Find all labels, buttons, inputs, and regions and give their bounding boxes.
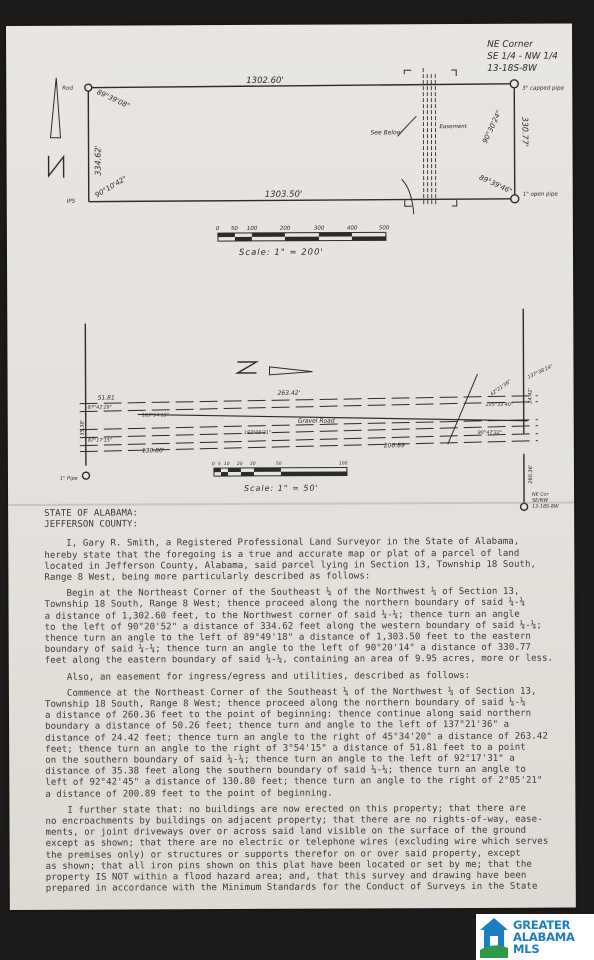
lower-angle-lower-mid: 182°05'21": [244, 430, 271, 436]
survey-certification-text: STATE OF ALABAMA: JEFFERSON COUNTY: I, G…: [44, 507, 566, 901]
survey-plat-drawing: NE Corner SE 1/4 - NW 1/4 13-18S-8W 1302…: [6, 24, 574, 516]
north-boundary-distance: 1302.60': [246, 76, 284, 86]
west-boundary-distance: 334.62': [94, 145, 103, 175]
svg-text:5: 5: [218, 461, 221, 467]
lower-scale-ticks: 0 5 10 20 30 50 100: [212, 461, 348, 468]
se-pin-label: 1" open pipe: [523, 192, 559, 198]
svg-text:500: 500: [379, 225, 390, 231]
lower-angle-right-w: 90°47'32": [478, 430, 502, 436]
gravel-road-label: Gravel Road: [298, 418, 335, 425]
see-below-label: See Below: [370, 129, 401, 136]
lower-angle-left-upper: 87°42'29": [88, 405, 112, 411]
ne-angle: 90°30'24": [481, 109, 503, 144]
lower-angle-right-low: 42°21'36": [489, 379, 512, 398]
house-icon: [479, 916, 509, 958]
lower-dist-51-81: 51.81: [98, 395, 115, 402]
paragraph-5: I further state that: no buildings are n…: [45, 803, 565, 895]
east-boundary-distance: 330.77': [520, 117, 529, 147]
sw-pin-label: IPS: [67, 199, 76, 205]
lower-angle-right-mid: 225°33'40": [486, 402, 513, 408]
ne-corner-label-3: 13-18S-8W: [487, 64, 538, 74]
svg-text:100: 100: [339, 461, 348, 467]
svg-text:300: 300: [314, 226, 325, 232]
lower-ne-cor-1: NE Cor: [532, 492, 549, 498]
greater-alabama-mls-logo: GREATER ALABAMA MLS: [476, 914, 594, 960]
ne-corner-label-2: SE 1/4 - NW 1/4: [487, 52, 558, 62]
paragraph-3: Also, an easement for ingress/egress and…: [45, 670, 565, 683]
jurisdiction-heading: STATE OF ALABAMA: JEFFERSON COUNTY:: [44, 507, 564, 532]
se-angle: 89°39'46": [478, 173, 513, 195]
nw-angle: 89°39'08": [95, 88, 130, 110]
lower-angle-left-lower: 87°17'15": [88, 438, 112, 444]
lower-dist-263-42: 263.42': [278, 390, 301, 397]
lower-right-distance-lower: 260.36': [528, 465, 534, 484]
ne-corner-label-1: NE Corner: [487, 40, 534, 50]
paragraph-2: Begin at the Northeast Corner of the Sou…: [44, 587, 564, 668]
svg-text:0: 0: [216, 226, 220, 232]
upper-scale-label: Scale: 1" = 200': [239, 248, 324, 258]
south-boundary-distance: 1303.50': [265, 190, 303, 200]
lower-dist-200-89: 200.89': [384, 442, 407, 449]
svg-text:10: 10: [224, 461, 230, 467]
svg-text:100: 100: [247, 226, 258, 232]
lower-scale-label: Scale: 1" = 50': [244, 484, 319, 493]
paragraph-4: Commence at the Northeast Corner of the …: [45, 686, 565, 800]
nw-pin-label: Rod: [62, 86, 73, 92]
svg-text:50: 50: [231, 226, 239, 232]
svg-text:50: 50: [276, 461, 282, 467]
upper-scale-ticks: 0 50 100 200 300 400 500: [216, 225, 390, 232]
sw-angle: 90°10'42": [94, 175, 129, 200]
lower-dist-130-80: 130.80': [142, 447, 165, 454]
lower-left-pin-label: 1" Pipe: [60, 476, 78, 482]
lower-right-distance-upper: 24.42': [528, 388, 534, 404]
ne-pin-label: 3" capped pipe: [522, 86, 564, 92]
survey-document: NE Corner SE 1/4 - NW 1/4 13-18S-8W 1302…: [6, 24, 576, 910]
lower-angle-upper-mid: 183°54'15": [142, 412, 169, 418]
svg-text:30: 30: [250, 461, 256, 467]
paragraph-1: I, Gary R. Smith, a Registered Professio…: [44, 537, 564, 584]
svg-text:0: 0: [212, 461, 215, 467]
svg-text:20: 20: [237, 461, 243, 467]
svg-text:400: 400: [347, 225, 358, 231]
svg-text:200: 200: [280, 226, 291, 232]
lower-angle-right-top: 137°38'24": [527, 363, 554, 380]
easement-label: Easement: [439, 124, 467, 130]
lower-left-distance: 35.38': [80, 420, 86, 436]
logo-text: GREATER ALABAMA MLS: [513, 919, 575, 955]
